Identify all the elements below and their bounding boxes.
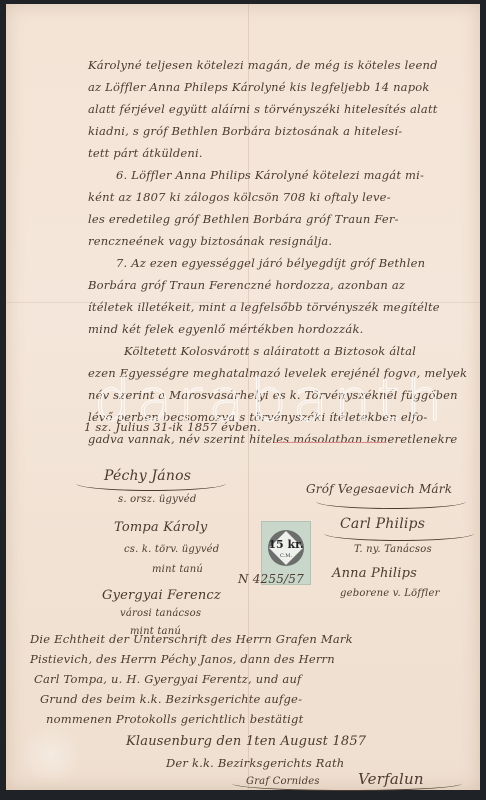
certification-line: Grund des beim k.k. Bezirksgerichte aufg…: [40, 692, 302, 706]
red-underline: [274, 442, 386, 443]
body-line: 6. Löffler Anna Philips Károlyné kötelez…: [116, 168, 424, 182]
court-title: Der k.k. Bezirksgerichts Rath: [166, 756, 344, 770]
signature-philips-anna: Anna Philips: [332, 566, 417, 581]
body-line: ként az 1807 ki zálogos kölcsön 708 ki o…: [88, 190, 391, 204]
body-line: ítéletek illetékeit, mint a legfelsőbb t…: [88, 300, 440, 314]
signature-gyergyai: Gyergyai Ferencz: [102, 588, 221, 603]
watermark: darabanth: [94, 366, 448, 434]
body-line: les eredetileg gróf Bethlen Borbára gróf…: [88, 212, 399, 226]
signature-title: cs. k. törv. ügyvéd: [124, 544, 219, 555]
body-line: tett párt átküldeni.: [88, 146, 203, 160]
body-line: 7. Az ezen egyességgel járó bélyegdíjt g…: [116, 256, 425, 270]
embossed-seal: [20, 724, 82, 786]
witness-label: mint tanú: [152, 564, 203, 575]
body-line: alatt férjével együtt aláírni s törvénys…: [88, 102, 438, 116]
stamp-number: N 4255/57: [238, 572, 304, 586]
stamp-currency: C.M.: [262, 553, 310, 559]
signature-flourish: [316, 494, 466, 509]
signature-title: s. orsz. ügyvéd: [118, 494, 197, 505]
body-line: Borbára gróf Traun Ferenczné hordozza, a…: [88, 278, 405, 292]
signature-flourish: [324, 526, 474, 541]
body-line: renczneének vagy biztosának resignálja.: [88, 234, 332, 248]
signature-flourish: [76, 476, 226, 491]
certification-line: Die Echtheit der Unterschrift des Herrn …: [30, 632, 353, 646]
body-line: Költetett Kolosvárott s aláiratott a Biz…: [124, 344, 416, 358]
certification-line: Pistievich, des Herrn Péchy Janos, dann …: [30, 652, 335, 666]
signature-title: városi tanácsos: [120, 608, 201, 619]
signature-title: T. ny. Tanácsos: [354, 544, 432, 555]
body-line: mind két felek egyenlő mértékben hordozz…: [88, 322, 364, 336]
place-date-line: Klausenburg den 1ten August 1857: [126, 734, 366, 749]
certification-line: nommenen Protokolls gerichtlich bestätig…: [46, 712, 303, 726]
stamp-value: 15 kr.: [262, 538, 310, 551]
body-line: az Löffler Anna Phileps Károlyné kis leg…: [88, 80, 430, 94]
document-page: Károlyné teljesen kötelezi magán, de még…: [6, 4, 480, 790]
signature-tompa: Tompa Károly: [114, 520, 207, 535]
certification-line: Carl Tompa, u. H. Gyergyai Ferentz, und …: [34, 672, 302, 686]
body-line: gadva vannak, név szerint hiteles másola…: [88, 432, 457, 446]
body-line: Károlyné teljesen kötelezi magán, de még…: [88, 58, 438, 72]
signature-maiden-name: geborene v. Löffler: [340, 588, 440, 599]
body-line: kiadni, s gróf Bethlen Borbára biztosána…: [88, 124, 402, 138]
signature-flourish: [232, 776, 462, 791]
